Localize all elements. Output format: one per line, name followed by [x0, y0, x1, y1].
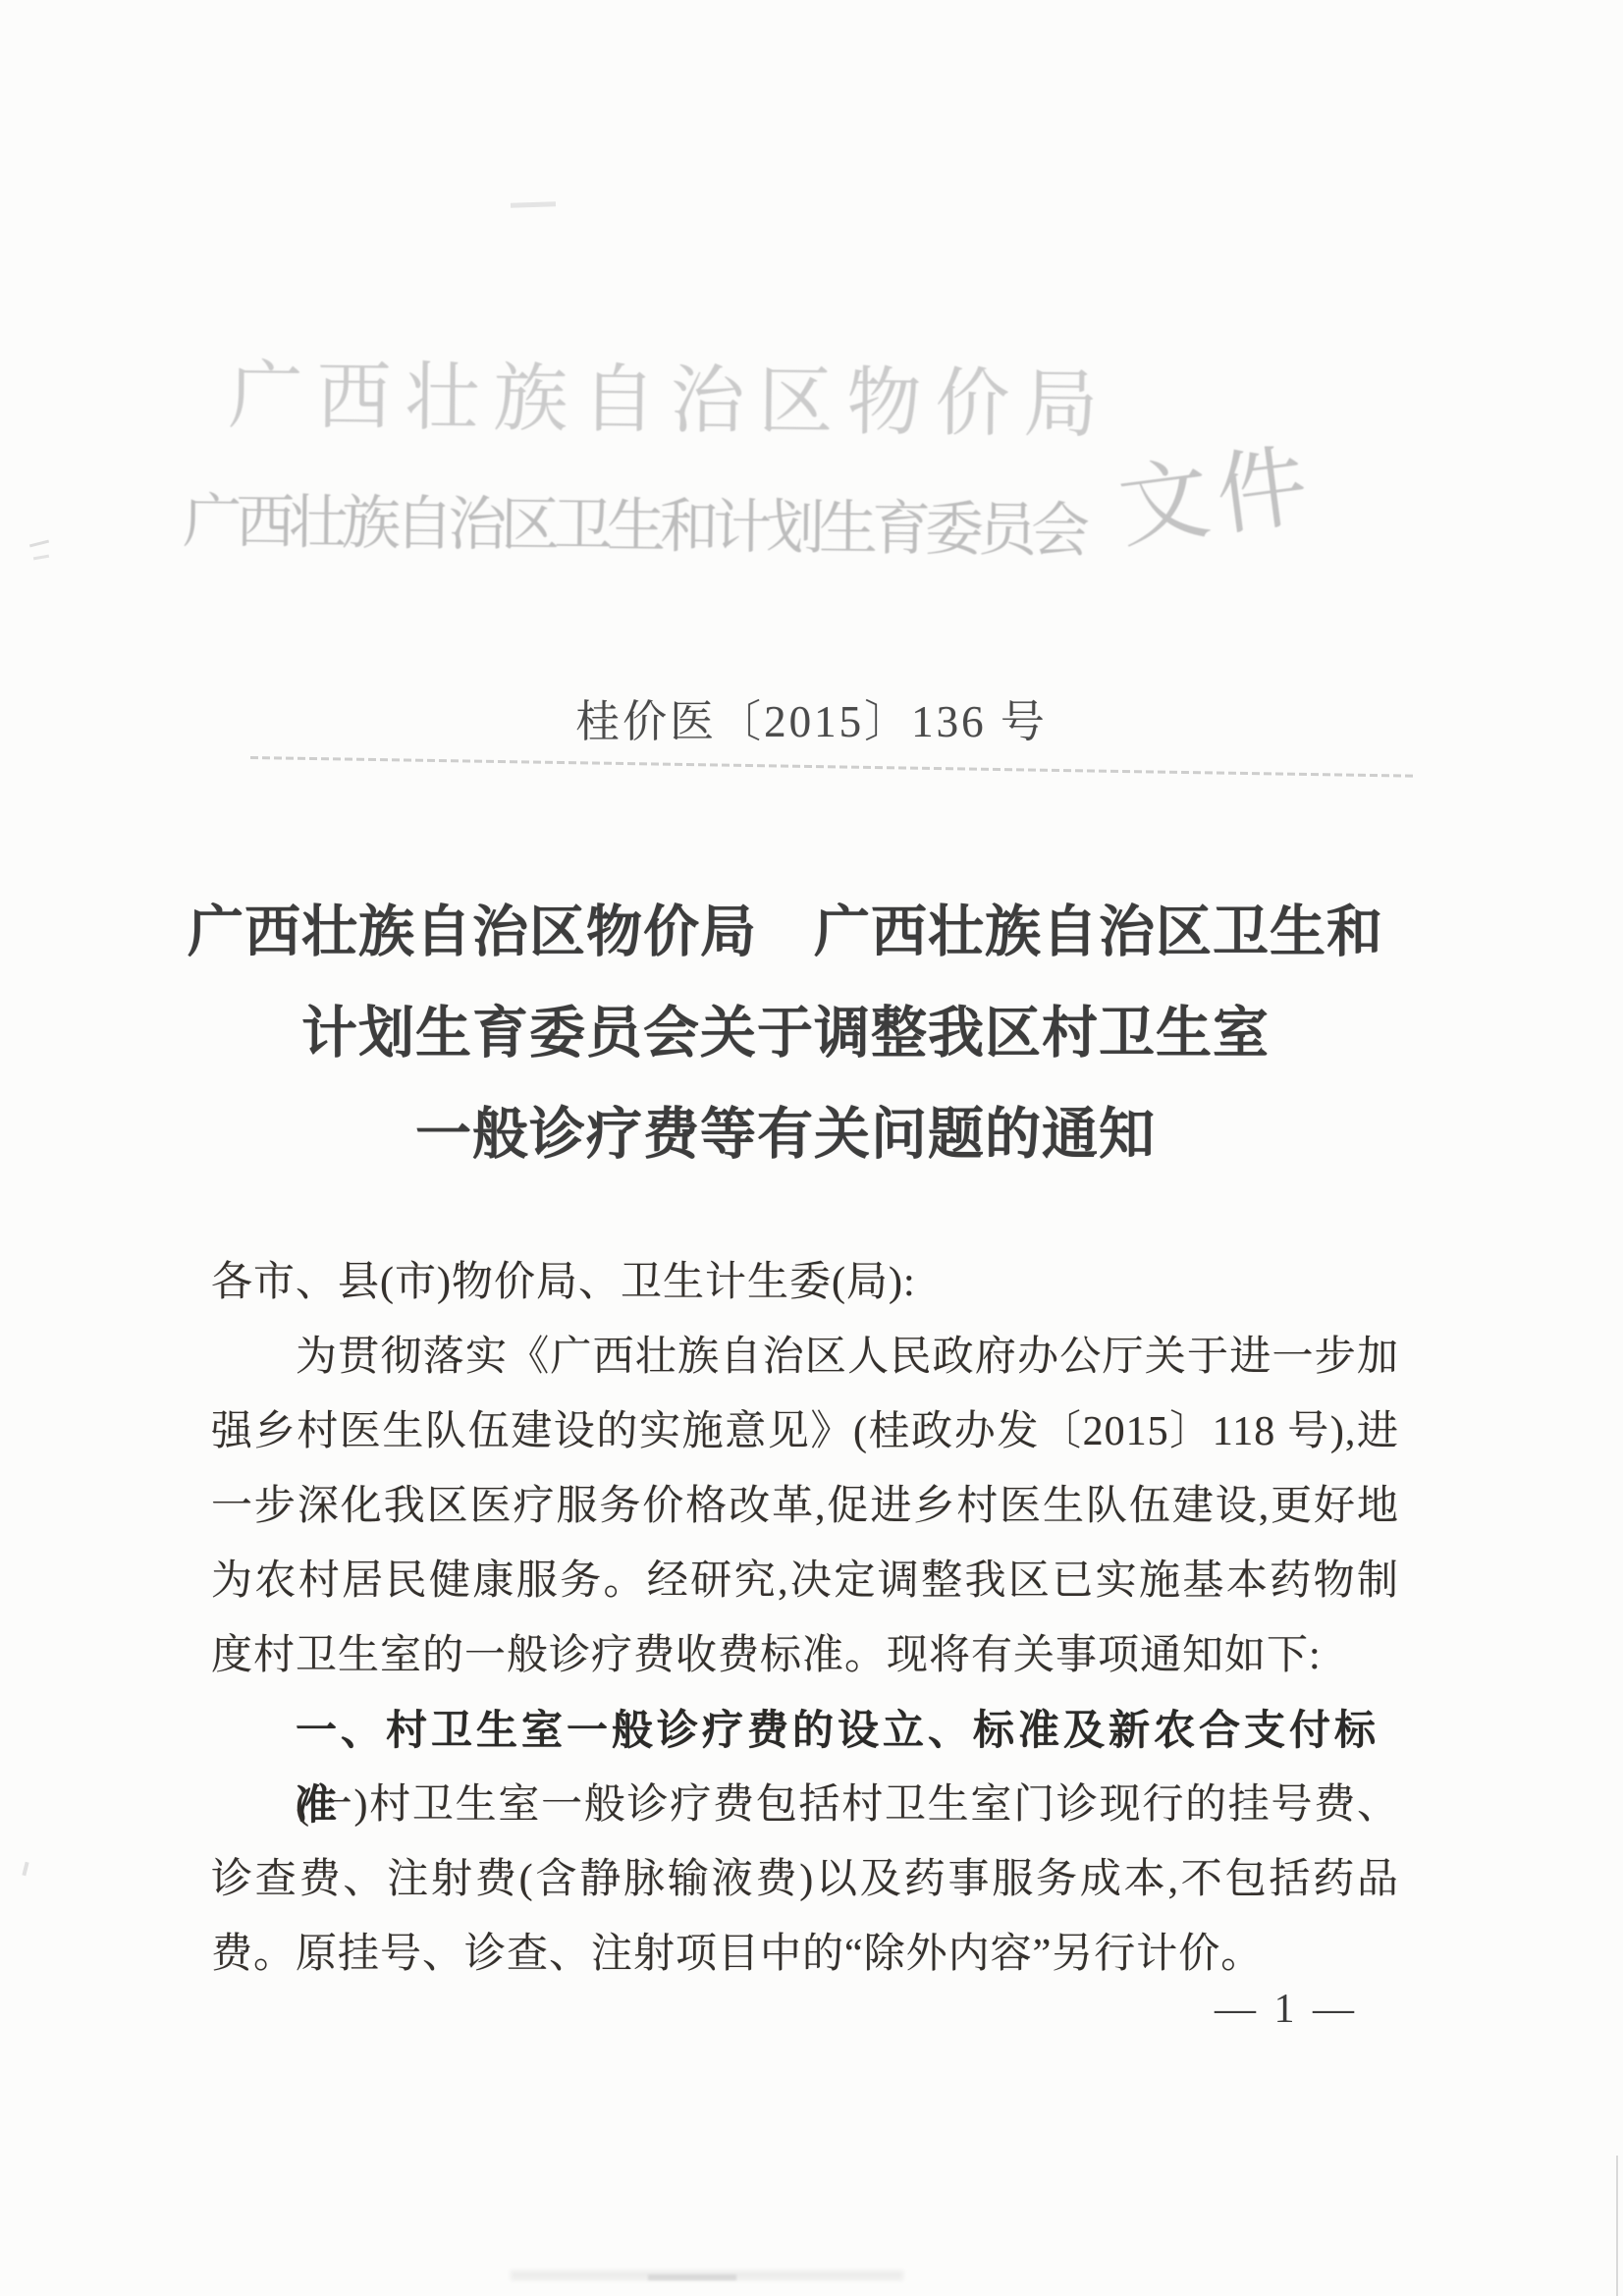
- letterhead: 广西壮族自治区物价局 广西壮族自治区卫生和计划生育委员会 文件: [0, 0, 1623, 696]
- paragraph2-line: 诊查费、注射费(含静脉输液费)以及药事服务成本,不包括药品: [211, 1842, 1399, 1917]
- paragraph1-line: 强乡村医生队伍建设的实施意见》(桂政办发〔2015〕118 号),进: [211, 1394, 1399, 1469]
- document-title: 广西壮族自治区物价局 广西壮族自治区卫生和 计划生育委员会关于调整我区村卫生室 …: [128, 882, 1443, 1185]
- paragraph1-line: 为农村居民健康服务。经研究,决定调整我区已实施基本药物制: [211, 1544, 1399, 1618]
- paragraph1-line: 为贯彻落实《广西壮族自治区人民政府办公厅关于进一步加: [211, 1320, 1399, 1394]
- page-number: — 1 —: [1159, 1986, 1414, 2033]
- addressee-line: 各市、县(市)物价局、卫生计生委(局):: [211, 1245, 1399, 1320]
- scan-artifact-smudge: [648, 2274, 736, 2280]
- header-divider-line: [250, 756, 1414, 778]
- scan-artifact-edge-line: [1616, 2156, 1618, 2296]
- paragraph1-line: 度村卫生室的一般诊疗费收费标准。现将有关事项通知如下:: [211, 1618, 1399, 1693]
- letterhead-agency-line2: 广西壮族自治区卫生和计划生育委员会: [183, 474, 1085, 569]
- title-line-1: 广西壮族自治区物价局 广西壮族自治区卫生和: [128, 882, 1443, 983]
- letterhead-agency-line1: 广西壮族自治区物价局: [228, 336, 1112, 452]
- letterhead-doc-type-label: 文件: [1110, 412, 1322, 567]
- document-number: 桂价医〔2015〕136 号: [0, 685, 1623, 749]
- title-line-3: 一般诊疗费等有关问题的通知: [128, 1084, 1443, 1185]
- paragraph1-line: 一步深化我区医疗服务价格改革,促进乡村医生队伍建设,更好地: [211, 1469, 1399, 1544]
- document-body: 各市、县(市)物价局、卫生计生委(局): 为贯彻落实《广西壮族自治区人民政府办公…: [211, 1245, 1399, 1992]
- scan-artifact-tick: [22, 1862, 28, 1877]
- section-heading: 一、村卫生室一般诊疗费的设立、标准及新农合支付标准: [211, 1693, 1399, 1768]
- title-line-2: 计划生育委员会关于调整我区村卫生室: [128, 983, 1443, 1084]
- paragraph2-line: (一)村卫生室一般诊疗费包括村卫生室门诊现行的挂号费、: [211, 1768, 1399, 1842]
- paragraph2-line: 费。原挂号、诊查、注射项目中的“除外内容”另行计价。: [211, 1917, 1399, 1992]
- document-page: 广西壮族自治区物价局 广西壮族自治区卫生和计划生育委员会 文件 桂价医〔2015…: [0, 0, 1623, 2296]
- scan-artifact-smudge: [511, 2270, 903, 2280]
